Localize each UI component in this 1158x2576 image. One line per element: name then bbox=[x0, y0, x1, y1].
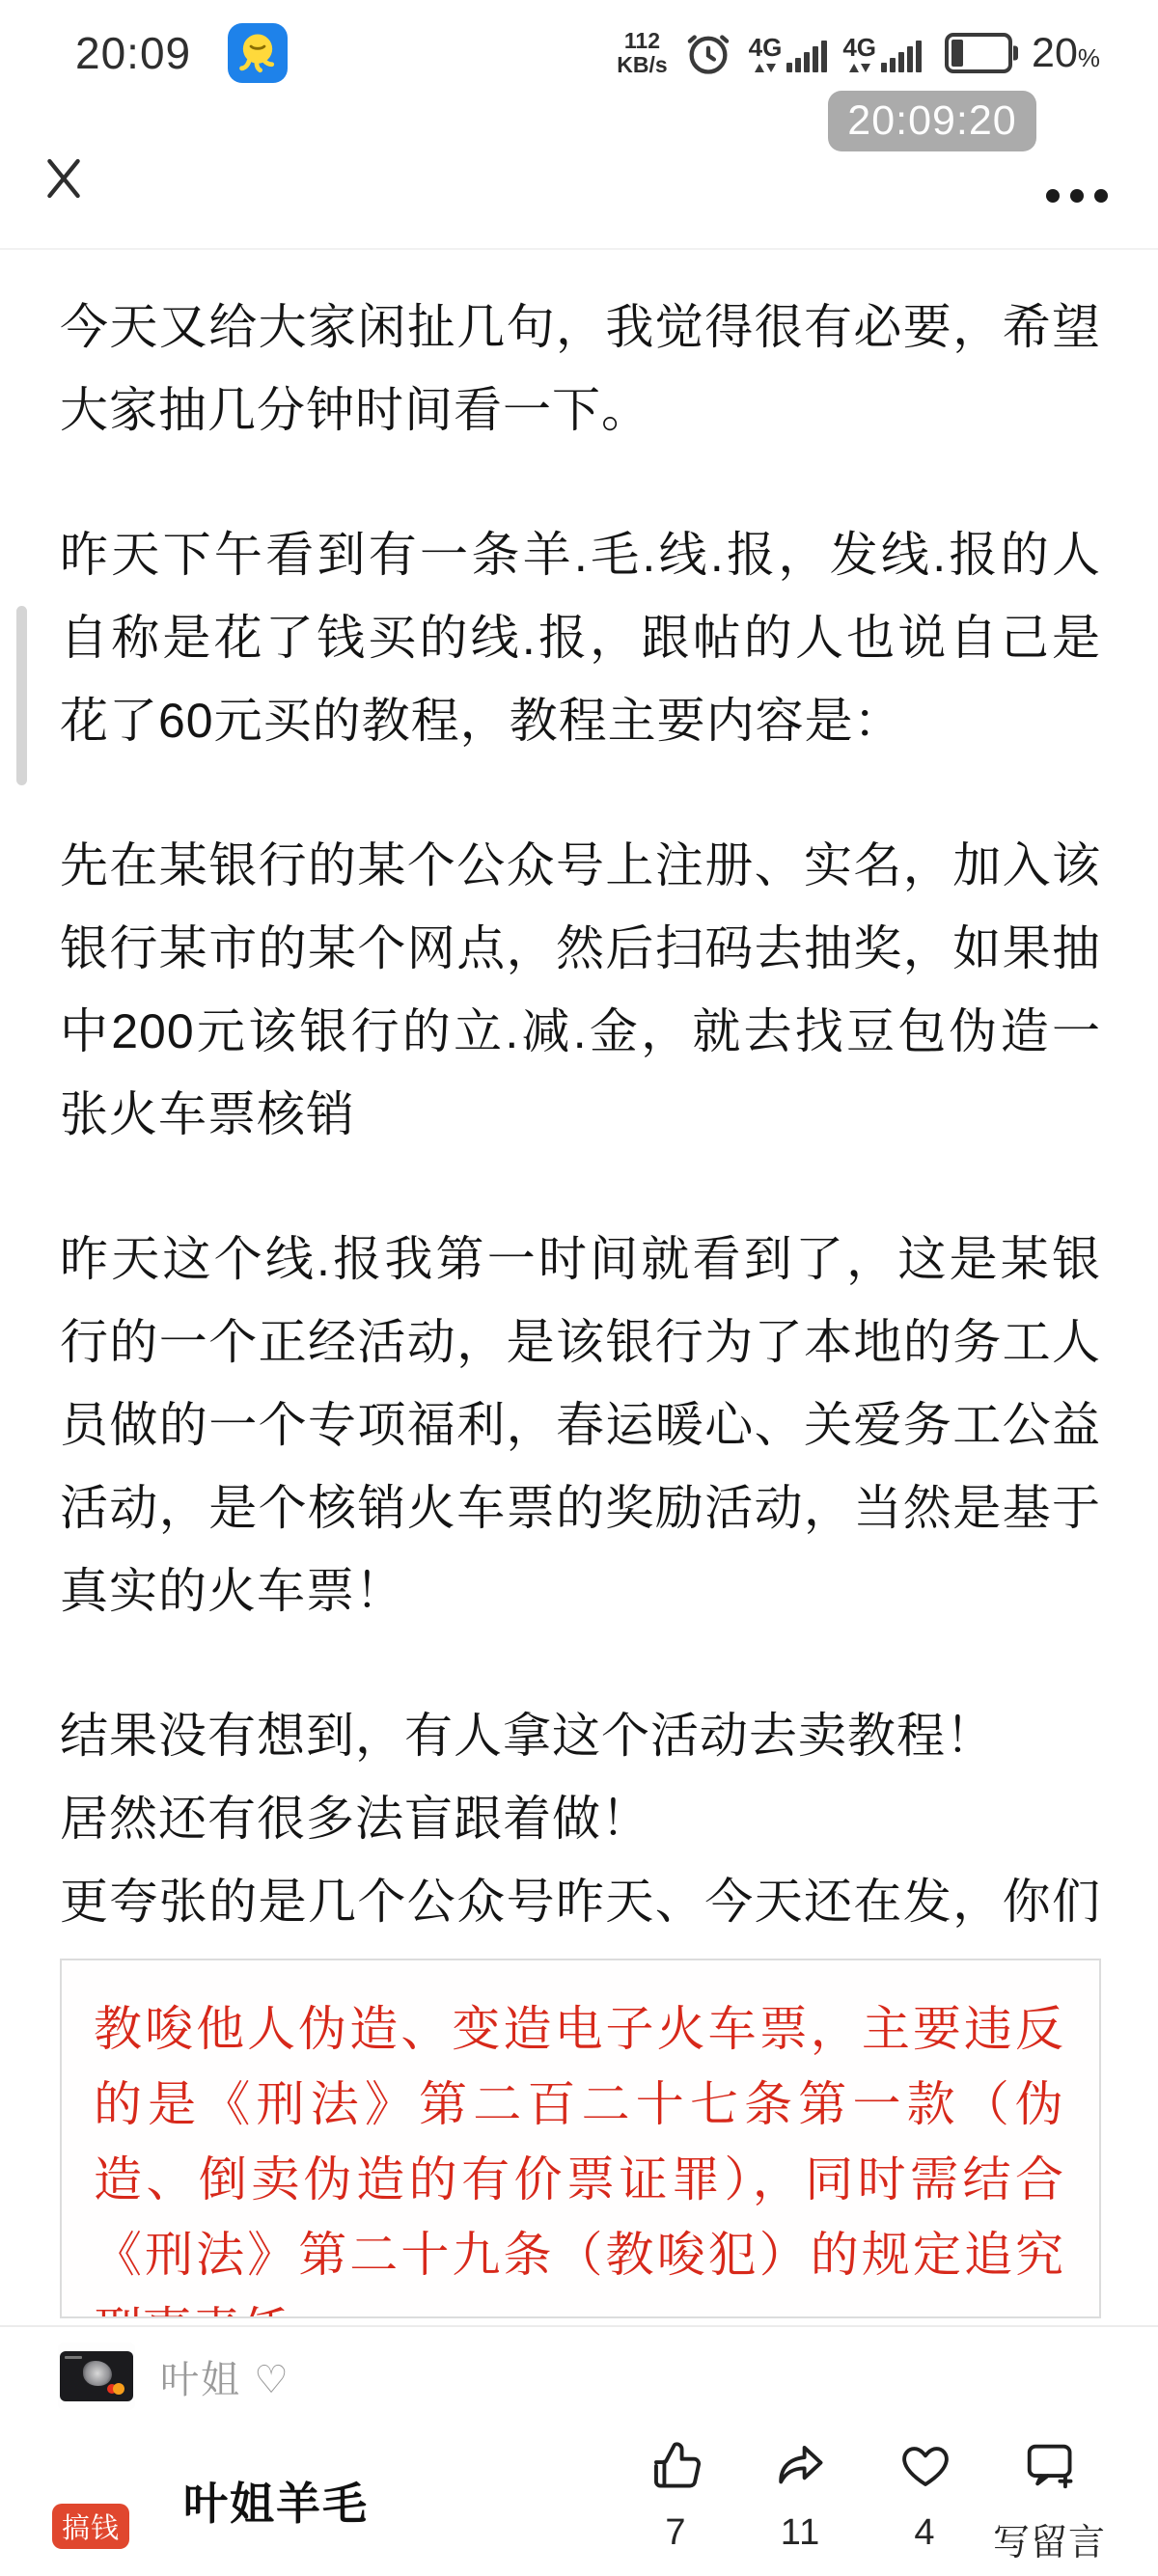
data-transfer-arrows-icon bbox=[849, 64, 870, 72]
comment-label: 写留言 bbox=[993, 2512, 1106, 2565]
like-count: 7 bbox=[665, 2512, 686, 2554]
battery-percent-sign: % bbox=[1078, 43, 1100, 73]
favorite-count: 4 bbox=[914, 2512, 935, 2554]
article-paragraph: 昨天这个线.报我第一时间就看到了，这是某银行的一个正经活动，是该银行为了本地的务… bbox=[60, 1218, 1101, 1632]
more-dot-icon bbox=[1070, 189, 1084, 203]
header-divider bbox=[0, 248, 1158, 250]
more-button[interactable] bbox=[1046, 189, 1108, 203]
more-dot-icon bbox=[1046, 189, 1060, 203]
more-dot-icon bbox=[1094, 189, 1108, 203]
network-speed-value: 112 bbox=[624, 29, 660, 53]
author-action-bar: ¥ 搞钱 叶姐羊毛 7 11 4 bbox=[58, 2424, 1112, 2576]
battery-percent-value: 20 bbox=[1032, 30, 1078, 77]
close-icon bbox=[38, 150, 90, 207]
article-body: 今天又给大家闲扯几句，我觉得很有必要，希望大家抽几分钟时间看一下。 昨天下午看到… bbox=[60, 286, 1101, 2088]
comment-preview-row: 叶姐 ♡ bbox=[58, 2343, 290, 2410]
battery-percent: 20 % bbox=[1032, 30, 1100, 77]
article-paragraph: 先在某银行的某个公众号上注册、实名，加入该银行某市的某个网点，然后扫码去抽奖，如… bbox=[60, 824, 1101, 1156]
alarm-icon bbox=[683, 28, 733, 78]
network-type-label: 4G bbox=[749, 35, 783, 60]
comment-bubble-icon bbox=[1022, 2437, 1078, 2493]
bank-card-image bbox=[60, 2351, 133, 2401]
screen-record-timestamp: 20:09:20 bbox=[828, 91, 1036, 151]
footer-divider bbox=[0, 2325, 1158, 2327]
author-name[interactable]: 叶姐羊毛 bbox=[183, 2469, 369, 2533]
share-button[interactable]: 11 bbox=[738, 2437, 863, 2565]
legal-notice-box: 教唆他人伪造、变造电子火车票，主要违反的是《刑法》第二百二十七条第一款（伪造、倒… bbox=[60, 1959, 1101, 2318]
network-type-label: 4G bbox=[842, 35, 876, 60]
data-transfer-arrows-icon bbox=[755, 64, 776, 72]
app-icon bbox=[228, 23, 288, 83]
clock-time: 20:09 bbox=[75, 27, 191, 79]
status-left-group: 20:09 bbox=[75, 23, 288, 83]
share-arrow-icon bbox=[773, 2437, 829, 2493]
signal-sim1: 4G bbox=[749, 35, 828, 72]
status-right-group: 112 KB/s 4G 4G bbox=[617, 28, 1100, 78]
close-button[interactable] bbox=[33, 147, 95, 212]
network-speed: 112 KB/s bbox=[617, 29, 667, 77]
signal-sim2: 4G bbox=[842, 35, 922, 72]
network-speed-unit: KB/s bbox=[617, 53, 667, 77]
legal-notice-text: 教唆他人伪造、变造电子火车票，主要违反的是《刑法》第二百二十七条第一款（伪造、倒… bbox=[94, 1991, 1064, 2318]
like-button[interactable]: 7 bbox=[614, 2437, 738, 2565]
signal-bars-icon bbox=[881, 41, 922, 72]
phone-screen: 20:09 112 KB/s bbox=[0, 0, 1158, 2576]
signal-bars-icon bbox=[786, 41, 827, 72]
article-paragraph: 昨天下午看到有一条羊.毛.线.报，发线.报的人自称是花了钱买的线.报，跟帖的人也… bbox=[60, 513, 1101, 762]
comment-thumbnail-image[interactable] bbox=[58, 2343, 135, 2410]
comment-author-label: 叶姐 ♡ bbox=[160, 2349, 290, 2404]
avatar-yuan-symbol: ¥ bbox=[93, 2470, 106, 2500]
avatar-badge: 搞钱 bbox=[52, 2504, 129, 2549]
share-count: 11 bbox=[781, 2512, 820, 2554]
comment-button[interactable]: 写留言 bbox=[987, 2437, 1112, 2565]
favorite-button[interactable]: 4 bbox=[863, 2437, 987, 2565]
heart-icon bbox=[897, 2437, 953, 2493]
author-avatar[interactable]: ¥ 搞钱 bbox=[58, 2453, 154, 2549]
thumbs-up-icon bbox=[648, 2437, 704, 2493]
article-paragraph: 今天又给大家闲扯几句，我觉得很有必要，希望大家抽几分钟时间看一下。 bbox=[60, 286, 1101, 452]
scrollbar-thumb[interactable] bbox=[16, 606, 27, 785]
battery-icon bbox=[945, 33, 1012, 73]
action-bar: 7 11 4 写留言 bbox=[614, 2437, 1112, 2565]
